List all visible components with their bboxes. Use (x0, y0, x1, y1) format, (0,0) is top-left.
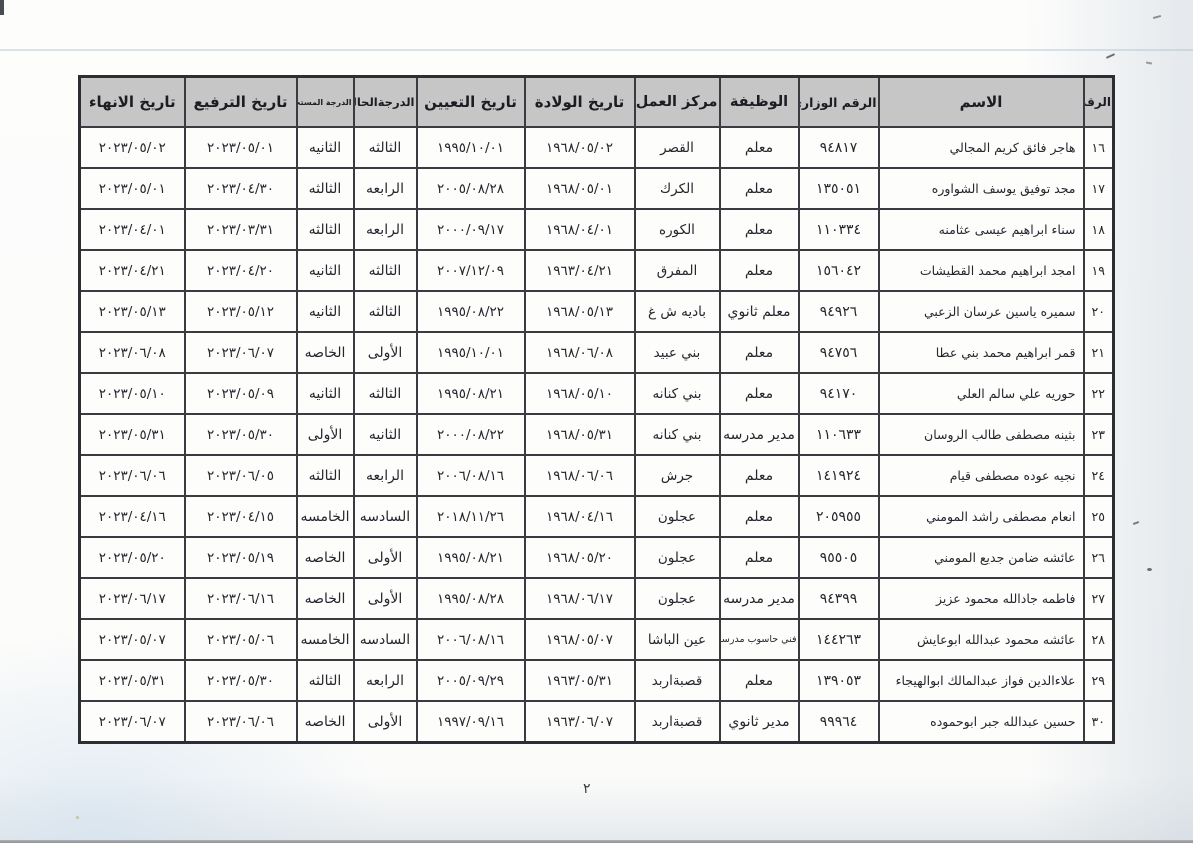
cell-birth_date: ١٩٦٣/٠٥/٣١ (525, 660, 635, 701)
cell-ministry_no: ١٣٩٠٥٣ (799, 660, 879, 701)
cell-current_grade: الثالثه (354, 250, 417, 291)
cell-work_center: باديه ش غ (635, 291, 720, 332)
column-header-current_grade: الدرجةالحالية (354, 77, 417, 128)
cell-name: نجيه عوده مصطفى قيام (879, 455, 1084, 496)
scan-speck (1153, 15, 1161, 19)
cell-name: سميره ياسين عرسان الزعبي (879, 291, 1084, 332)
cell-end_date: ٢٠٢٣/٠٥/٣١ (80, 660, 185, 701)
cell-ministry_no: ٩٤٨١٧ (799, 127, 879, 168)
cell-birth_date: ١٩٦٣/٠٤/٢١ (525, 250, 635, 291)
cell-num: ٢٤ (1084, 455, 1114, 496)
cell-name: امجد ابراهيم محمد القطيشات (879, 250, 1084, 291)
cell-promotion_date: ٢٠٢٣/٠٤/٢٠ (185, 250, 297, 291)
cell-job: معلم (720, 332, 799, 373)
cell-job: معلم (720, 250, 799, 291)
cell-name: بثينه مصطفى طالب الروسان (879, 414, 1084, 455)
cell-end_date: ٢٠٢٣/٠٥/٠١ (80, 168, 185, 209)
column-header-name: الاسم (879, 77, 1084, 128)
column-header-num: الرقم (1084, 77, 1114, 128)
table-row: ١٦هاجر فائق كريم المجالي٩٤٨١٧معلمالقصر١٩… (80, 127, 1114, 168)
cell-end_date: ٢٠٢٣/٠٤/٢١ (80, 250, 185, 291)
table-row: ٢٥انعام مصطفى راشد المومني٢٠٥٩٥٥معلمعجلو… (80, 496, 1114, 537)
scan-speck (1147, 568, 1152, 571)
cell-job: فني حاسوب مدرسة (720, 619, 799, 660)
cell-current_grade: الثانيه (354, 414, 417, 455)
scan-edge-mark (0, 0, 4, 15)
cell-promotion_date: ٢٠٢٣/٠٤/٣٠ (185, 168, 297, 209)
cell-current_grade: الرابعه (354, 455, 417, 496)
cell-name: فاطمه جادالله محمود عزيز (879, 578, 1084, 619)
cell-num: ٢٨ (1084, 619, 1114, 660)
cell-job: مدير مدرسه (720, 414, 799, 455)
cell-promotion_date: ٢٠٢٣/٠٦/٠٧ (185, 332, 297, 373)
cell-due_grade: الثانيه (297, 373, 354, 414)
column-header-job: الوظيفة (720, 77, 799, 128)
column-header-ministry_no: الرقم الوزاري (799, 77, 879, 128)
cell-job: معلم ثانوي (720, 291, 799, 332)
cell-birth_date: ١٩٦٣/٠٦/٠٧ (525, 701, 635, 743)
cell-name: عائشه ضامن جديع المومني (879, 537, 1084, 578)
cell-ministry_no: ١٤٤٢٦٣ (799, 619, 879, 660)
cell-birth_date: ١٩٦٨/٠٥/١٣ (525, 291, 635, 332)
cell-current_grade: الرابعه (354, 209, 417, 250)
cell-job: مدير ثانوي (720, 701, 799, 743)
cell-work_center: بني كنانه (635, 414, 720, 455)
column-header-hire_date: تاريخ التعيين (417, 77, 525, 128)
cell-name: حوريه علي سالم العلي (879, 373, 1084, 414)
cell-promotion_date: ٢٠٢٣/٠٥/٠١ (185, 127, 297, 168)
column-header-promotion_date: تاريخ الترفيع (185, 77, 297, 128)
cell-end_date: ٢٠٢٣/٠٥/١٣ (80, 291, 185, 332)
cell-num: ٢٧ (1084, 578, 1114, 619)
cell-end_date: ٢٠٢٣/٠٥/١٠ (80, 373, 185, 414)
cell-work_center: قصبةاربد (635, 701, 720, 743)
cell-job: معلم (720, 168, 799, 209)
cell-promotion_date: ٢٠٢٣/٠٤/١٥ (185, 496, 297, 537)
table-row: ١٩امجد ابراهيم محمد القطيشات١٥٦٠٤٢معلمال… (80, 250, 1114, 291)
cell-hire_date: ٢٠٠٦/٠٨/١٦ (417, 619, 525, 660)
cell-num: ٢٩ (1084, 660, 1114, 701)
cell-current_grade: الثالثه (354, 127, 417, 168)
cell-promotion_date: ٢٠٢٣/٠٥/٠٦ (185, 619, 297, 660)
cell-work_center: عين الباشا (635, 619, 720, 660)
cell-birth_date: ١٩٦٨/٠٤/١٦ (525, 496, 635, 537)
cell-promotion_date: ٢٠٢٣/٠٥/٠٩ (185, 373, 297, 414)
cell-name: علاءالدين فواز عبدالمالك ابوالهيجاء (879, 660, 1084, 701)
cell-hire_date: ٢٠٠٧/١٢/٠٩ (417, 250, 525, 291)
cell-ministry_no: ١٤١٩٢٤ (799, 455, 879, 496)
cell-end_date: ٢٠٢٣/٠٦/١٧ (80, 578, 185, 619)
column-header-end_date: تاريخ الانهاء (80, 77, 185, 128)
cell-due_grade: الثالثه (297, 660, 354, 701)
cell-ministry_no: ٩٤٩٢٦ (799, 291, 879, 332)
cell-work_center: عجلون (635, 496, 720, 537)
column-header-work_center: مركز العمل (635, 77, 720, 128)
cell-name: هاجر فائق كريم المجالي (879, 127, 1084, 168)
cell-name: مجد توفيق يوسف الشواوره (879, 168, 1084, 209)
cell-work_center: الكرك (635, 168, 720, 209)
table-row: ٢٢حوريه علي سالم العلي٩٤١٧٠معلمبني كنانه… (80, 373, 1114, 414)
scan-speck (1133, 521, 1139, 525)
cell-due_grade: الثالثه (297, 455, 354, 496)
cell-ministry_no: ٩٥٥٠٥ (799, 537, 879, 578)
cell-end_date: ٢٠٢٣/٠٥/٠٧ (80, 619, 185, 660)
cell-hire_date: ٢٠٠٥/٠٩/٢٩ (417, 660, 525, 701)
cell-job: معلم (720, 496, 799, 537)
cell-ministry_no: ٩٤٧٥٦ (799, 332, 879, 373)
cell-ministry_no: ١٣٥٠٥١ (799, 168, 879, 209)
table-row: ٢٤نجيه عوده مصطفى قيام١٤١٩٢٤معلمجرش١٩٦٨/… (80, 455, 1114, 496)
cell-name: سناء ابراهيم عيسى عثامنه (879, 209, 1084, 250)
cell-hire_date: ٢٠٠٠/٠٩/١٧ (417, 209, 525, 250)
column-header-due_grade: الدرجة المستحقة (297, 77, 354, 128)
cell-work_center: المفرق (635, 250, 720, 291)
cell-due_grade: الأولى (297, 414, 354, 455)
cell-due_grade: الثانيه (297, 250, 354, 291)
cell-num: ٢١ (1084, 332, 1114, 373)
cell-current_grade: الثالثه (354, 291, 417, 332)
cell-hire_date: ٢٠٠٠/٠٨/٢٢ (417, 414, 525, 455)
cell-current_grade: الرابعه (354, 168, 417, 209)
cell-current_grade: الأولى (354, 578, 417, 619)
cell-due_grade: الثالثه (297, 209, 354, 250)
table-row: ٢٧فاطمه جادالله محمود عزيز٩٤٣٩٩مدير مدرس… (80, 578, 1114, 619)
table-header-row: الرقمالاسمالرقم الوزاريالوظيفةمركز العمل… (80, 77, 1114, 128)
cell-hire_date: ١٩٩٥/٠٨/٢١ (417, 537, 525, 578)
cell-job: معلم (720, 455, 799, 496)
cell-ministry_no: ٢٠٥٩٥٥ (799, 496, 879, 537)
cell-work_center: جرش (635, 455, 720, 496)
cell-promotion_date: ٢٠٢٣/٠٦/٠٦ (185, 701, 297, 743)
cell-hire_date: ١٩٩٥/٠٨/٢٨ (417, 578, 525, 619)
cell-num: ٢٠ (1084, 291, 1114, 332)
scan-speck (1106, 53, 1115, 59)
cell-hire_date: ١٩٩٥/٠٨/٢٢ (417, 291, 525, 332)
cell-birth_date: ١٩٦٨/٠٥/٢٠ (525, 537, 635, 578)
cell-name: حسين عبدالله جبر ابوحموده (879, 701, 1084, 743)
cell-end_date: ٢٠٢٣/٠٦/٠٧ (80, 701, 185, 743)
cell-work_center: الكوره (635, 209, 720, 250)
cell-current_grade: السادسه (354, 619, 417, 660)
cell-work_center: عجلون (635, 537, 720, 578)
cell-due_grade: الثانيه (297, 291, 354, 332)
cell-name: عائشه محمود عبدالله ابوعايش (879, 619, 1084, 660)
cell-due_grade: الخاصه (297, 537, 354, 578)
cell-ministry_no: ٩٩٩٦٤ (799, 701, 879, 743)
cell-end_date: ٢٠٢٣/٠٤/٠١ (80, 209, 185, 250)
cell-ministry_no: ١١٠٦٣٣ (799, 414, 879, 455)
cell-birth_date: ١٩٦٨/٠٦/٠٨ (525, 332, 635, 373)
cell-work_center: القصر (635, 127, 720, 168)
cell-promotion_date: ٢٠٢٣/٠٦/٠٥ (185, 455, 297, 496)
cell-birth_date: ١٩٦٨/٠٥/٠٢ (525, 127, 635, 168)
table-row: ١٧مجد توفيق يوسف الشواوره١٣٥٠٥١معلمالكرك… (80, 168, 1114, 209)
cell-ministry_no: ١٥٦٠٤٢ (799, 250, 879, 291)
cell-birth_date: ١٩٦٨/٠٦/٠٦ (525, 455, 635, 496)
table-row: ٣٠حسين عبدالله جبر ابوحموده٩٩٩٦٤مدير ثان… (80, 701, 1114, 743)
cell-work_center: بني عبيد (635, 332, 720, 373)
cell-num: ٣٠ (1084, 701, 1114, 743)
cell-hire_date: ٢٠٠٦/٠٨/١٦ (417, 455, 525, 496)
cell-job: معلم (720, 209, 799, 250)
cell-birth_date: ١٩٦٨/٠٥/٠٧ (525, 619, 635, 660)
cell-num: ٢٥ (1084, 496, 1114, 537)
cell-num: ١٩ (1084, 250, 1114, 291)
cell-promotion_date: ٢٠٢٣/٠٥/١٢ (185, 291, 297, 332)
cell-job: معلم (720, 537, 799, 578)
table-row: ١٨سناء ابراهيم عيسى عثامنه١١٠٣٣٤معلمالكو… (80, 209, 1114, 250)
cell-current_grade: السادسه (354, 496, 417, 537)
cell-promotion_date: ٢٠٢٣/٠٥/٣٠ (185, 660, 297, 701)
cell-birth_date: ١٩٦٨/٠٥/٠١ (525, 168, 635, 209)
cell-due_grade: الخاصه (297, 701, 354, 743)
cell-name: انعام مصطفى راشد المومني (879, 496, 1084, 537)
cell-promotion_date: ٢٠٢٣/٠٦/١٦ (185, 578, 297, 619)
cell-ministry_no: ٩٤١٧٠ (799, 373, 879, 414)
cell-current_grade: الأولى (354, 701, 417, 743)
cell-end_date: ٢٠٢٣/٠٦/٠٨ (80, 332, 185, 373)
cell-job: مدير مدرسه (720, 578, 799, 619)
employee-promotions-table: الرقمالاسمالرقم الوزاريالوظيفةمركز العمل… (78, 75, 1115, 744)
cell-work_center: عجلون (635, 578, 720, 619)
page-number: ٢ (583, 781, 591, 797)
cell-num: ٢٦ (1084, 537, 1114, 578)
cell-job: معلم (720, 373, 799, 414)
cell-end_date: ٢٠٢٣/٠٥/٣١ (80, 414, 185, 455)
cell-num: ١٨ (1084, 209, 1114, 250)
cell-promotion_date: ٢٠٢٣/٠٣/٣١ (185, 209, 297, 250)
cell-due_grade: الخاصه (297, 332, 354, 373)
cell-ministry_no: ٩٤٣٩٩ (799, 578, 879, 619)
cell-birth_date: ١٩٦٨/٠٥/٣١ (525, 414, 635, 455)
cell-hire_date: ١٩٩٧/٠٩/١٦ (417, 701, 525, 743)
scan-speck (76, 816, 79, 819)
cell-due_grade: الخامسه (297, 496, 354, 537)
cell-job: معلم (720, 127, 799, 168)
cell-ministry_no: ١١٠٣٣٤ (799, 209, 879, 250)
cell-job: معلم (720, 660, 799, 701)
cell-end_date: ٢٠٢٣/٠٦/٠٦ (80, 455, 185, 496)
cell-hire_date: ١٩٩٥/١٠/٠١ (417, 332, 525, 373)
cell-current_grade: الرابعه (354, 660, 417, 701)
cell-birth_date: ١٩٦٨/٠٥/١٠ (525, 373, 635, 414)
table-row: ٢٩علاءالدين فواز عبدالمالك ابوالهيجاء١٣٩… (80, 660, 1114, 701)
column-header-birth_date: تاريخ الولادة (525, 77, 635, 128)
table-row: ٢٨عائشه محمود عبدالله ابوعايش١٤٤٢٦٣فني ح… (80, 619, 1114, 660)
cell-hire_date: ٢٠١٨/١١/٢٦ (417, 496, 525, 537)
cell-end_date: ٢٠٢٣/٠٥/٠٢ (80, 127, 185, 168)
cell-current_grade: الأولى (354, 332, 417, 373)
scan-speck (1146, 61, 1152, 64)
cell-hire_date: ٢٠٠٥/٠٨/٢٨ (417, 168, 525, 209)
cell-hire_date: ١٩٩٥/١٠/٠١ (417, 127, 525, 168)
cell-due_grade: الخامسه (297, 619, 354, 660)
cell-birth_date: ١٩٦٨/٠٤/٠١ (525, 209, 635, 250)
table-row: ٢٣بثينه مصطفى طالب الروسان١١٠٦٣٣مدير مدر… (80, 414, 1114, 455)
cell-num: ١٧ (1084, 168, 1114, 209)
cell-name: قمر ابراهيم محمد بني عطا (879, 332, 1084, 373)
cell-birth_date: ١٩٦٨/٠٦/١٧ (525, 578, 635, 619)
cell-num: ٢٣ (1084, 414, 1114, 455)
scanned-page: الرقمالاسمالرقم الوزاريالوظيفةمركز العمل… (0, 0, 1193, 843)
cell-end_date: ٢٠٢٣/٠٤/١٦ (80, 496, 185, 537)
table-row: ٢٦عائشه ضامن جديع المومني٩٥٥٠٥معلمعجلون١… (80, 537, 1114, 578)
cell-due_grade: الثالثه (297, 168, 354, 209)
table-row: ٢١قمر ابراهيم محمد بني عطا٩٤٧٥٦معلمبني ع… (80, 332, 1114, 373)
cell-due_grade: الخاصه (297, 578, 354, 619)
cell-end_date: ٢٠٢٣/٠٥/٢٠ (80, 537, 185, 578)
scan-line-artifact (0, 49, 1193, 51)
cell-num: ٢٢ (1084, 373, 1114, 414)
cell-work_center: قصبةاربد (635, 660, 720, 701)
cell-current_grade: الأولى (354, 537, 417, 578)
cell-due_grade: الثانيه (297, 127, 354, 168)
cell-hire_date: ١٩٩٥/٠٨/٢١ (417, 373, 525, 414)
cell-promotion_date: ٢٠٢٣/٠٥/١٩ (185, 537, 297, 578)
table-row: ٢٠سميره ياسين عرسان الزعبي٩٤٩٢٦معلم ثانو… (80, 291, 1114, 332)
cell-work_center: بني كنانه (635, 373, 720, 414)
cell-current_grade: الثالثه (354, 373, 417, 414)
cell-promotion_date: ٢٠٢٣/٠٥/٣٠ (185, 414, 297, 455)
cell-num: ١٦ (1084, 127, 1114, 168)
